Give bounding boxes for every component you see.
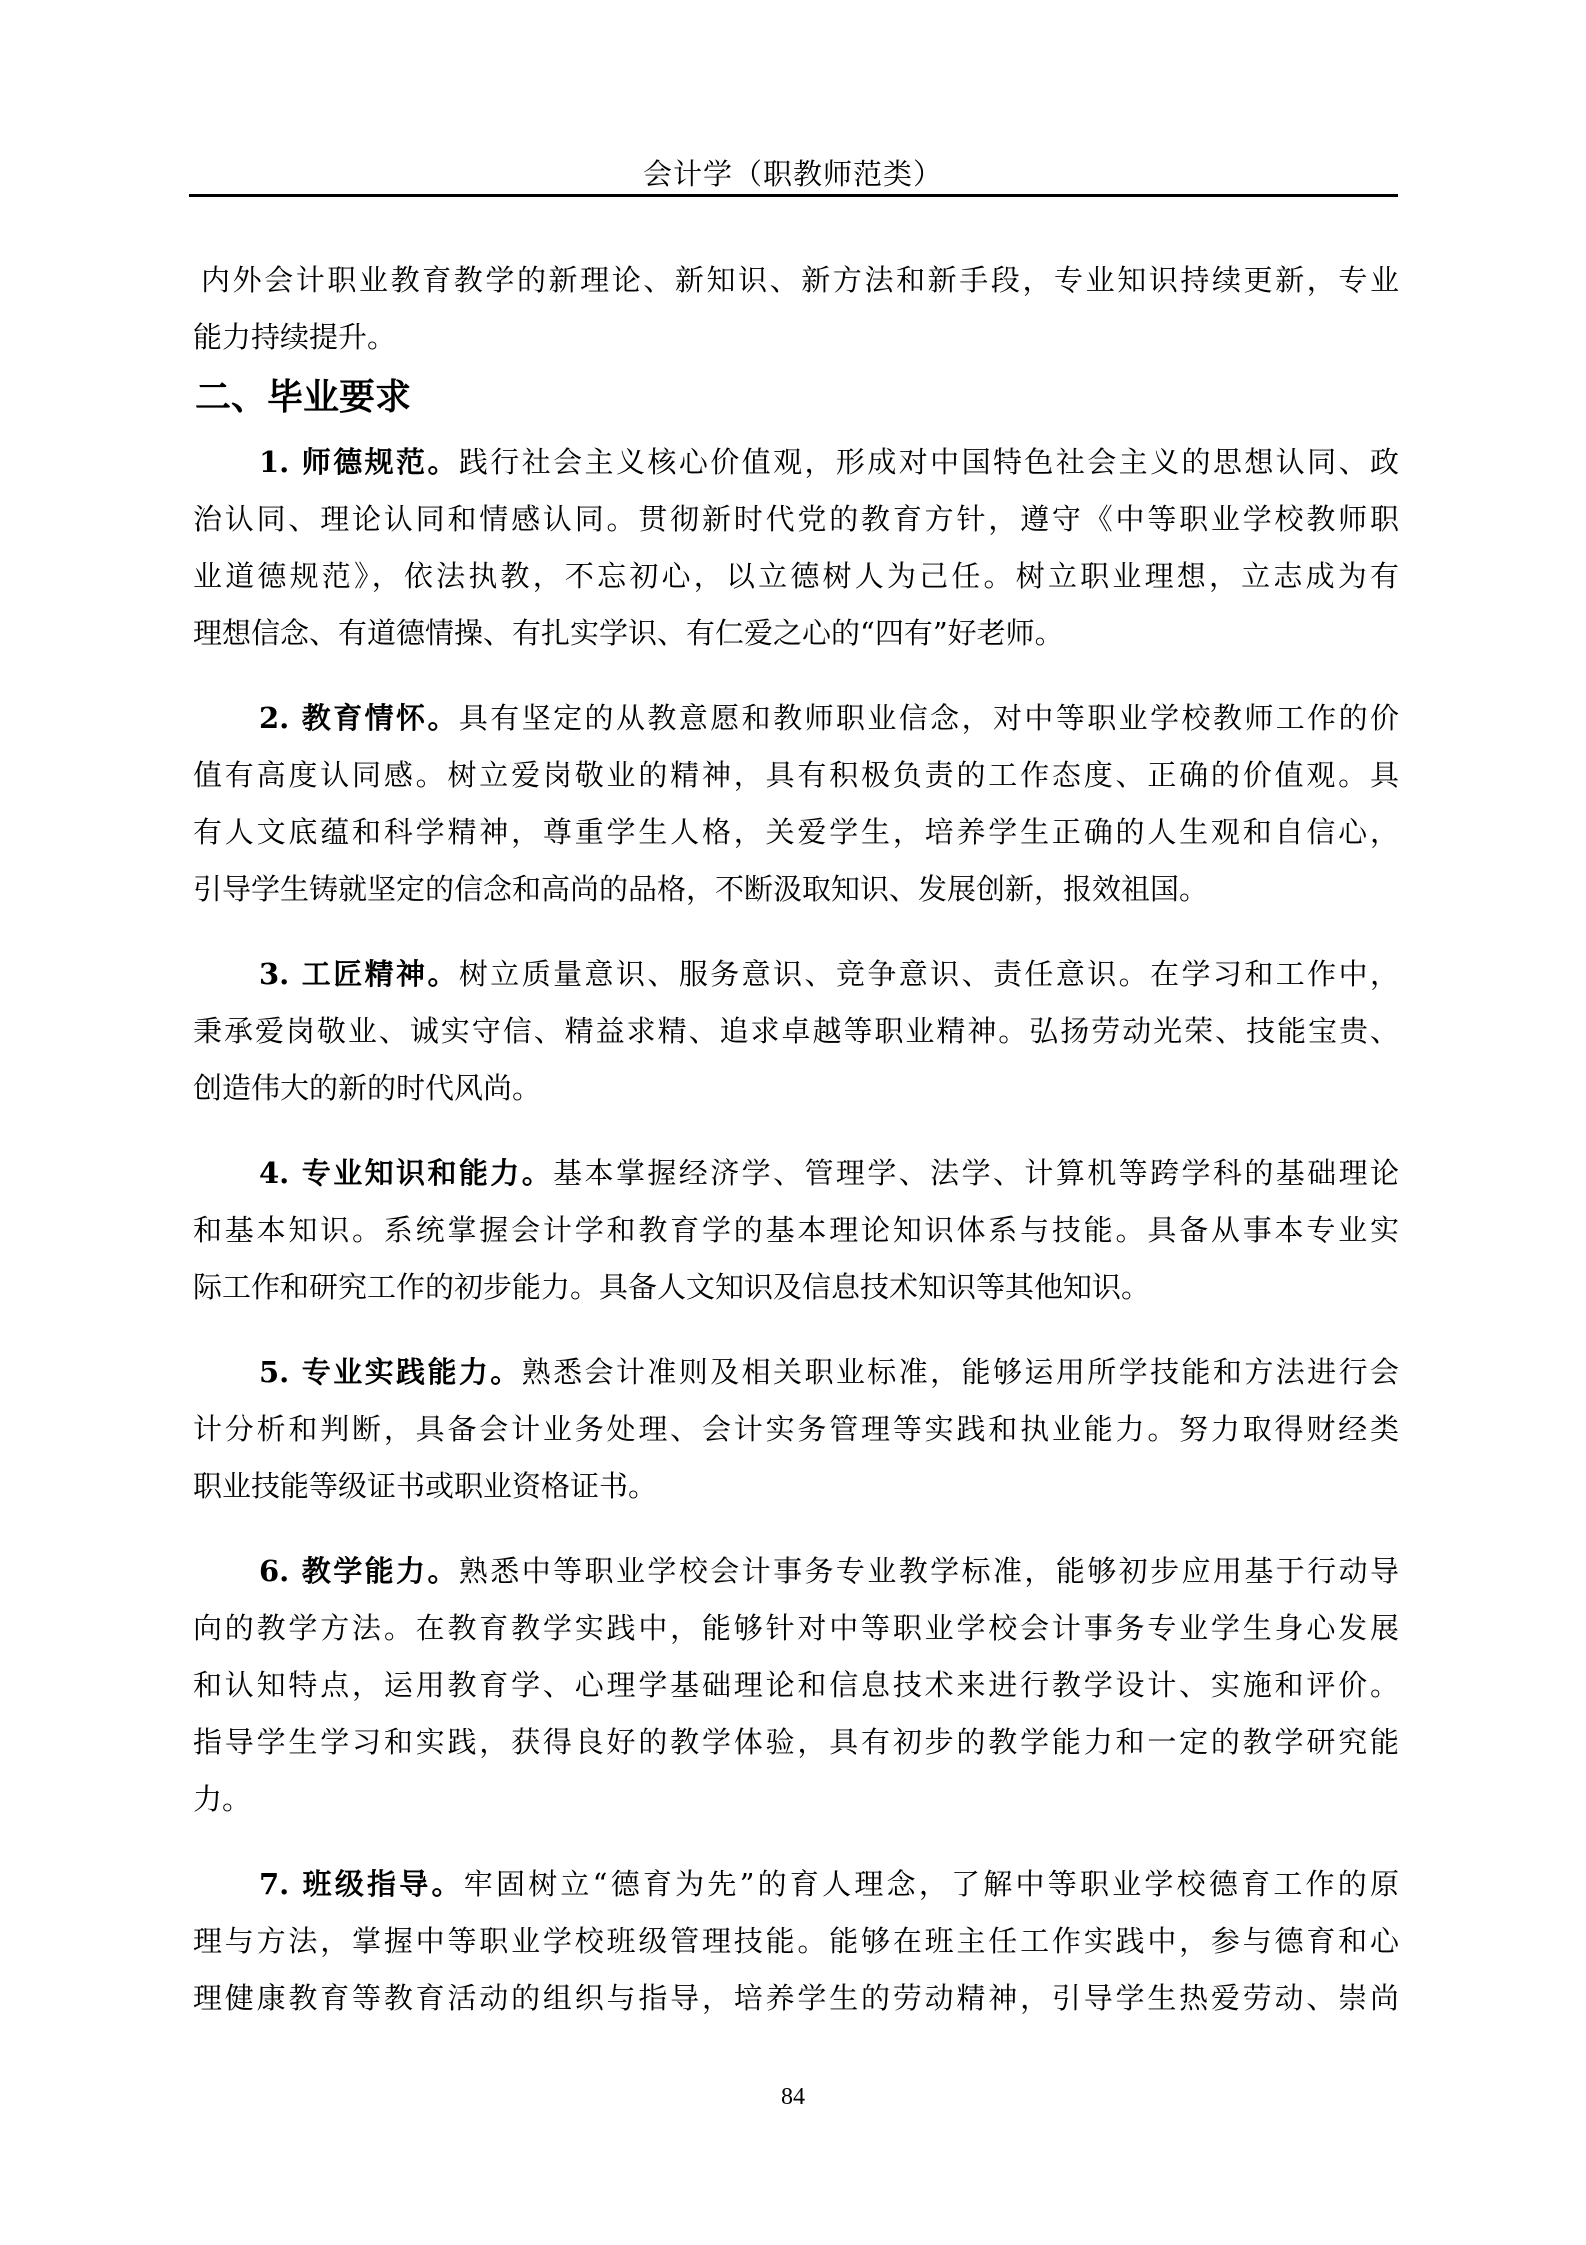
requirement-title: 2. 教育情怀。	[259, 701, 459, 735]
text-line: 内外会计职业教育教学的新理论、新知识、新方法和新手段，专业知识持续更新，专业	[193, 252, 1399, 309]
text-line: 熟悉会计准则及相关职业标准，能够运用所学技能和方法进行会	[522, 1355, 1399, 1389]
page-number: 84	[0, 2084, 1586, 2111]
text-line: 践行社会主义核心价值观，形成对中国特色社会主义的思想认同、政	[459, 445, 1399, 479]
requirement-paragraph-1: 1. 师德规范。践行社会主义核心价值观，形成对中国特色社会主义的思想认同、政 治…	[193, 434, 1399, 662]
text-line: 值有高度认同感。树立爱岗敬业的精神，具有积极负责的工作态度、正确的价值观。具	[193, 747, 1399, 804]
text-line: 引导学生铸就坚定的信念和高尚的品格，不断汲取知识、发展创新，报效祖国。	[193, 861, 1399, 918]
text-line: 向的教学方法。在教育教学实践中，能够针对中等职业学校会计事务专业学生身心发展	[193, 1600, 1399, 1657]
requirement-paragraph-5: 5. 专业实践能力。熟悉会计准则及相关职业标准，能够运用所学技能和方法进行会 计…	[193, 1344, 1399, 1515]
text-line: 秉承爱岗敬业、诚实守信、精益求精、追求卓越等职业精神。弘扬劳动光荣、技能宝贵、	[193, 1003, 1399, 1060]
text-line: 具有坚定的从教意愿和教师职业信念，对中等职业学校教师工作的价	[459, 701, 1399, 735]
text-line: 创造伟大的新的时代风尚。	[193, 1060, 1399, 1117]
requirement-paragraph-6: 6. 教学能力。熟悉中等职业学校会计事务专业教学标准，能够初步应用基于行动导 向…	[193, 1543, 1399, 1828]
intro-paragraph: 内外会计职业教育教学的新理论、新知识、新方法和新手段，专业知识持续更新，专业 能…	[193, 252, 1399, 366]
text-line: 治认同、理论认同和情感认同。贯彻新时代党的教育方针，遵守《中等职业学校教师职	[193, 491, 1399, 548]
requirement-title: 5. 专业实践能力。	[259, 1355, 522, 1389]
text-line: 能力持续提升。	[193, 309, 1399, 366]
requirement-title: 1. 师德规范。	[259, 445, 459, 479]
text-line: 和基本知识。系统掌握会计学和教育学的基本理论知识体系与技能。具备从事本专业实	[193, 1202, 1399, 1259]
text-line: 指导学生学习和实践，获得良好的教学体验，具有初步的教学能力和一定的教学研究能	[193, 1714, 1399, 1771]
text-line: 树立质量意识、服务意识、竞争意识、责任意识。在学习和工作中，	[459, 957, 1399, 991]
requirement-paragraph-7: 7. 班级指导。牢固树立“德育为先”的育人理念，了解中等职业学校德育工作的原 理…	[193, 1856, 1399, 2027]
text-line: 理与方法，掌握中等职业学校班级管理技能。能够在班主任工作实践中，参与德育和心	[193, 1913, 1399, 1970]
text-line: 理想信念、有道德情操、有扎实学识、有仁爱之心的“四有”好老师。	[193, 605, 1399, 662]
text-line: 熟悉中等职业学校会计事务专业教学标准，能够初步应用基于行动导	[459, 1554, 1399, 1588]
section-heading: 二、毕业要求	[195, 368, 1399, 428]
text-line: 计分析和判断，具备会计业务处理、会计实务管理等实践和执业能力。努力取得财经类	[193, 1401, 1399, 1458]
text-line: 有人文底蕴和科学精神，尊重学生人格，关爱学生，培养学生正确的人生观和自信心，	[193, 804, 1399, 861]
page-body: 内外会计职业教育教学的新理论、新知识、新方法和新手段，专业知识持续更新，专业 能…	[193, 252, 1399, 2027]
text-line: 职业技能等级证书或职业资格证书。	[193, 1458, 1399, 1515]
text-line: 业道德规范》，依法执教，不忘初心，以立德树人为己任。树立职业理想，立志成为有	[193, 548, 1399, 605]
text-line: 牢固树立“德育为先”的育人理念，了解中等职业学校德育工作的原	[464, 1867, 1399, 1901]
text-line: 基本掌握经济学、管理学、法学、计算机等跨学科的基础理论	[553, 1156, 1399, 1190]
requirement-title: 4. 专业知识和能力。	[259, 1156, 553, 1190]
running-header-title: 会计学（职教师范类）	[0, 152, 1586, 193]
text-line: 和认知特点，运用教育学、心理学基础理论和信息技术来进行教学设计、实施和评价。	[193, 1657, 1399, 1714]
requirement-paragraph-4: 4. 专业知识和能力。基本掌握经济学、管理学、法学、计算机等跨学科的基础理论 和…	[193, 1145, 1399, 1316]
text-line: 力。	[193, 1771, 1399, 1828]
requirement-title: 6. 教学能力。	[259, 1554, 459, 1588]
requirement-paragraph-2: 2. 教育情怀。具有坚定的从教意愿和教师职业信念，对中等职业学校教师工作的价 值…	[193, 690, 1399, 918]
text-line: 理健康教育等教育活动的组织与指导，培养学生的劳动精神，引导学生热爱劳动、崇尚	[193, 1970, 1399, 2027]
requirement-title: 3. 工匠精神。	[259, 957, 459, 991]
header-divider	[189, 194, 1398, 197]
requirement-paragraph-3: 3. 工匠精神。树立质量意识、服务意识、竞争意识、责任意识。在学习和工作中， 秉…	[193, 946, 1399, 1117]
requirement-title: 7. 班级指导。	[259, 1867, 464, 1901]
text-line: 际工作和研究工作的初步能力。具备人文知识及信息技术知识等其他知识。	[193, 1259, 1399, 1316]
